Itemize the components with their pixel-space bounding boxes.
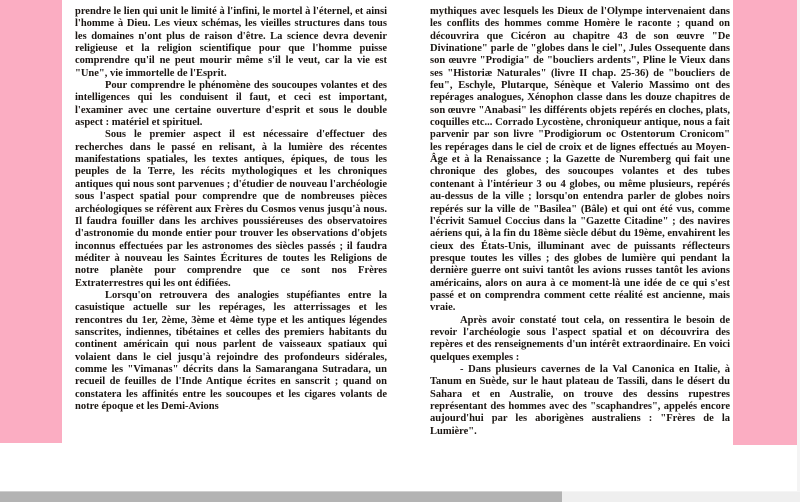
bottom-bar-light-segment [562,491,800,502]
paragraph-continuation: mythiques avec lesquels les Dieux de l'O… [430,6,730,315]
paragraph: Lorsqu'on retrouvera des analogies stupé… [75,290,387,413]
paragraph: Après avoir constaté tout cela, on resse… [430,315,730,364]
paragraph: Pour comprendre le phénomène des soucoup… [75,80,387,129]
text-column-right: mythiques avec lesquels les Dieux de l'O… [430,6,730,438]
paragraph: Sous le premier aspect il est nécessaire… [75,129,387,289]
right-margin-pink-band [733,0,797,445]
left-margin-pink-band [0,0,62,443]
paragraph: - Dans plusieurs cavernes de la Val Cano… [430,364,730,438]
bottom-bar [0,491,800,502]
text-column-left: prendre le lien qui unit le limité à l'i… [75,6,387,413]
bottom-bar-gray-segment [0,491,562,502]
scanned-book-page: prendre le lien qui unit le limité à l'i… [0,0,800,502]
paragraph-continuation: prendre le lien qui unit le limité à l'i… [75,6,387,80]
